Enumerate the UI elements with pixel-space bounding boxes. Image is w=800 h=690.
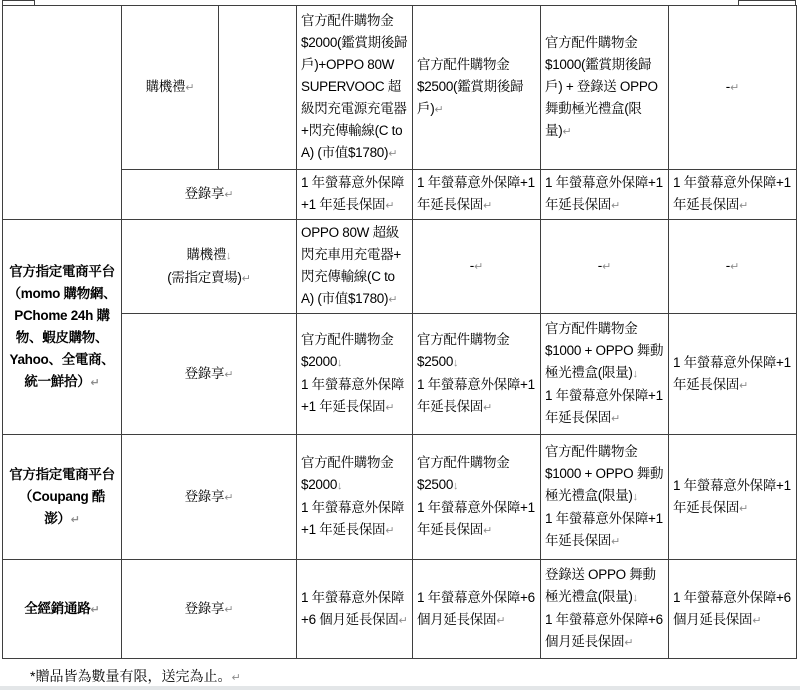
cell-s3-register-col3: 官方配件購物金 $2000↓ 1 年螢幕意外保障 +1 年延長保固↵: [297, 435, 413, 560]
cell-s1-gift-col5: 官方配件購物金 $1000(鑑賞期後歸 戶) + 登錄送 OPPO 舞動極光禮盒…: [541, 6, 669, 170]
cell-s2-gift-col4: -↵: [413, 220, 541, 314]
cell-s4-channel-all-retail: 全經銷通路↵: [3, 560, 122, 659]
cell-s4-register-label: 登錄享↵: [122, 560, 297, 659]
document-page: 購機禮↵ 官方配件購物金 $2000(鑑賞期後歸 戶)+OPPO 80W SUP…: [0, 0, 800, 690]
promotion-table: 購機禮↵ 官方配件購物金 $2000(鑑賞期後歸 戶)+OPPO 80W SUP…: [2, 5, 797, 659]
cell-s4-register-col4: 1 年螢幕意外保障+6 個月延長保固↵: [413, 560, 541, 659]
cell-s4-register-col5: 登錄送 OPPO 舞動 極光禮盒(限量)↓ 1 年螢幕意外保障+6 個月延長保固…: [541, 560, 669, 659]
section2-gift-row: 官方指定電商平台 （momo 購物網、 PChome 24h 購 物、蝦皮購物、…: [3, 220, 797, 314]
cell-s1-register-col6: 1 年螢幕意外保障+1 年延長保固↵: [669, 170, 797, 220]
cell-s1-register-col5: 1 年螢幕意外保障+1 年延長保固↵: [541, 170, 669, 220]
cell-s2-register-label: 登錄享↵: [122, 314, 297, 435]
cell-s2-register-col6: 1 年螢幕意外保障+1 年延長保固↵: [669, 314, 797, 435]
section2-register-row: 登錄享↵ 官方配件購物金 $2000↓ 1 年螢幕意外保障 +1 年延長保固↵ …: [3, 314, 797, 435]
cell-s2-gift-col6: -↵: [669, 220, 797, 314]
cell-s3-register-col5: 官方配件購物金 $1000 + OPPO 舞動 極光禮盒(限量)↓ 1 年螢幕意…: [541, 435, 669, 560]
cell-s1-register-col3: 1 年螢幕意外保障 +1 年延長保固↵: [297, 170, 413, 220]
footnote-gift-limited: *贈品皆為數量有限，送完為止。↵: [30, 666, 241, 688]
cell-s1-gift-spacer: [219, 6, 297, 170]
cell-s1-gift-col4: 官方配件購物金 $2500(鑑賞期後歸 戶)↵: [413, 6, 541, 170]
section3-register-row: 官方指定電商平台 （Coupang 酷 澎）↵ 登錄享↵ 官方配件購物金 $20…: [3, 435, 797, 560]
cell-s1-gift-label: 購機禮↵: [122, 6, 219, 170]
cell-s2-register-col3: 官方配件購物金 $2000↓ 1 年螢幕意外保障 +1 年延長保固↵: [297, 314, 413, 435]
cell-s3-channel-ecommerce-coupang: 官方指定電商平台 （Coupang 酷 澎）↵: [3, 435, 122, 560]
cell-s3-register-label: 登錄享↵: [122, 435, 297, 560]
cell-s1-gift-col3: 官方配件購物金 $2000(鑑賞期後歸 戶)+OPPO 80W SUPERVOO…: [297, 6, 413, 170]
cell-s2-gift-col5: -↵: [541, 220, 669, 314]
cell-s2-gift-label: 購機禮↓ (需指定賣場)↵: [122, 220, 297, 314]
cell-s1-register-col4: 1 年螢幕意外保障+1 年延長保固↵: [413, 170, 541, 220]
cell-s1-gift-col6: -↵: [669, 6, 797, 170]
cell-s4-register-col6: 1 年螢幕意外保障+6 個月延長保固↵: [669, 560, 797, 659]
cell-s1-channel-empty: [3, 6, 122, 220]
cell-s4-register-col3: 1 年螢幕意外保障 +6 個月延長保固↵: [297, 560, 413, 659]
section4-register-row: 全經銷通路↵ 登錄享↵ 1 年螢幕意外保障 +6 個月延長保固↵ 1 年螢幕意外…: [3, 560, 797, 659]
section1-gift-row: 購機禮↵ 官方配件購物金 $2000(鑑賞期後歸 戶)+OPPO 80W SUP…: [3, 6, 797, 170]
cell-s3-register-col4: 官方配件購物金 $2500↓ 1 年螢幕意外保障+1 年延長保固↵: [413, 435, 541, 560]
page-bottom-edge: [0, 686, 800, 690]
cell-s2-gift-col3: OPPO 80W 超級 閃充車用充電器+ 閃充傳輸線(C to A) (市值$1…: [297, 220, 413, 314]
cell-s3-register-col6: 1 年螢幕意外保障+1 年延長保固↵: [669, 435, 797, 560]
section1-register-row: 登錄享↵ 1 年螢幕意外保障 +1 年延長保固↵ 1 年螢幕意外保障+1 年延長…: [3, 170, 797, 220]
cell-s2-register-col4: 官方配件購物金 $2500↓ 1 年螢幕意外保障+1 年延長保固↵: [413, 314, 541, 435]
cell-s2-channel-ecommerce-momo: 官方指定電商平台 （momo 購物網、 PChome 24h 購 物、蝦皮購物、…: [3, 220, 122, 435]
cell-s2-register-col5: 官方配件購物金 $1000 + OPPO 舞動 極光禮盒(限量)↓ 1 年螢幕意…: [541, 314, 669, 435]
cell-s1-register-label: 登錄享↵: [122, 170, 297, 220]
